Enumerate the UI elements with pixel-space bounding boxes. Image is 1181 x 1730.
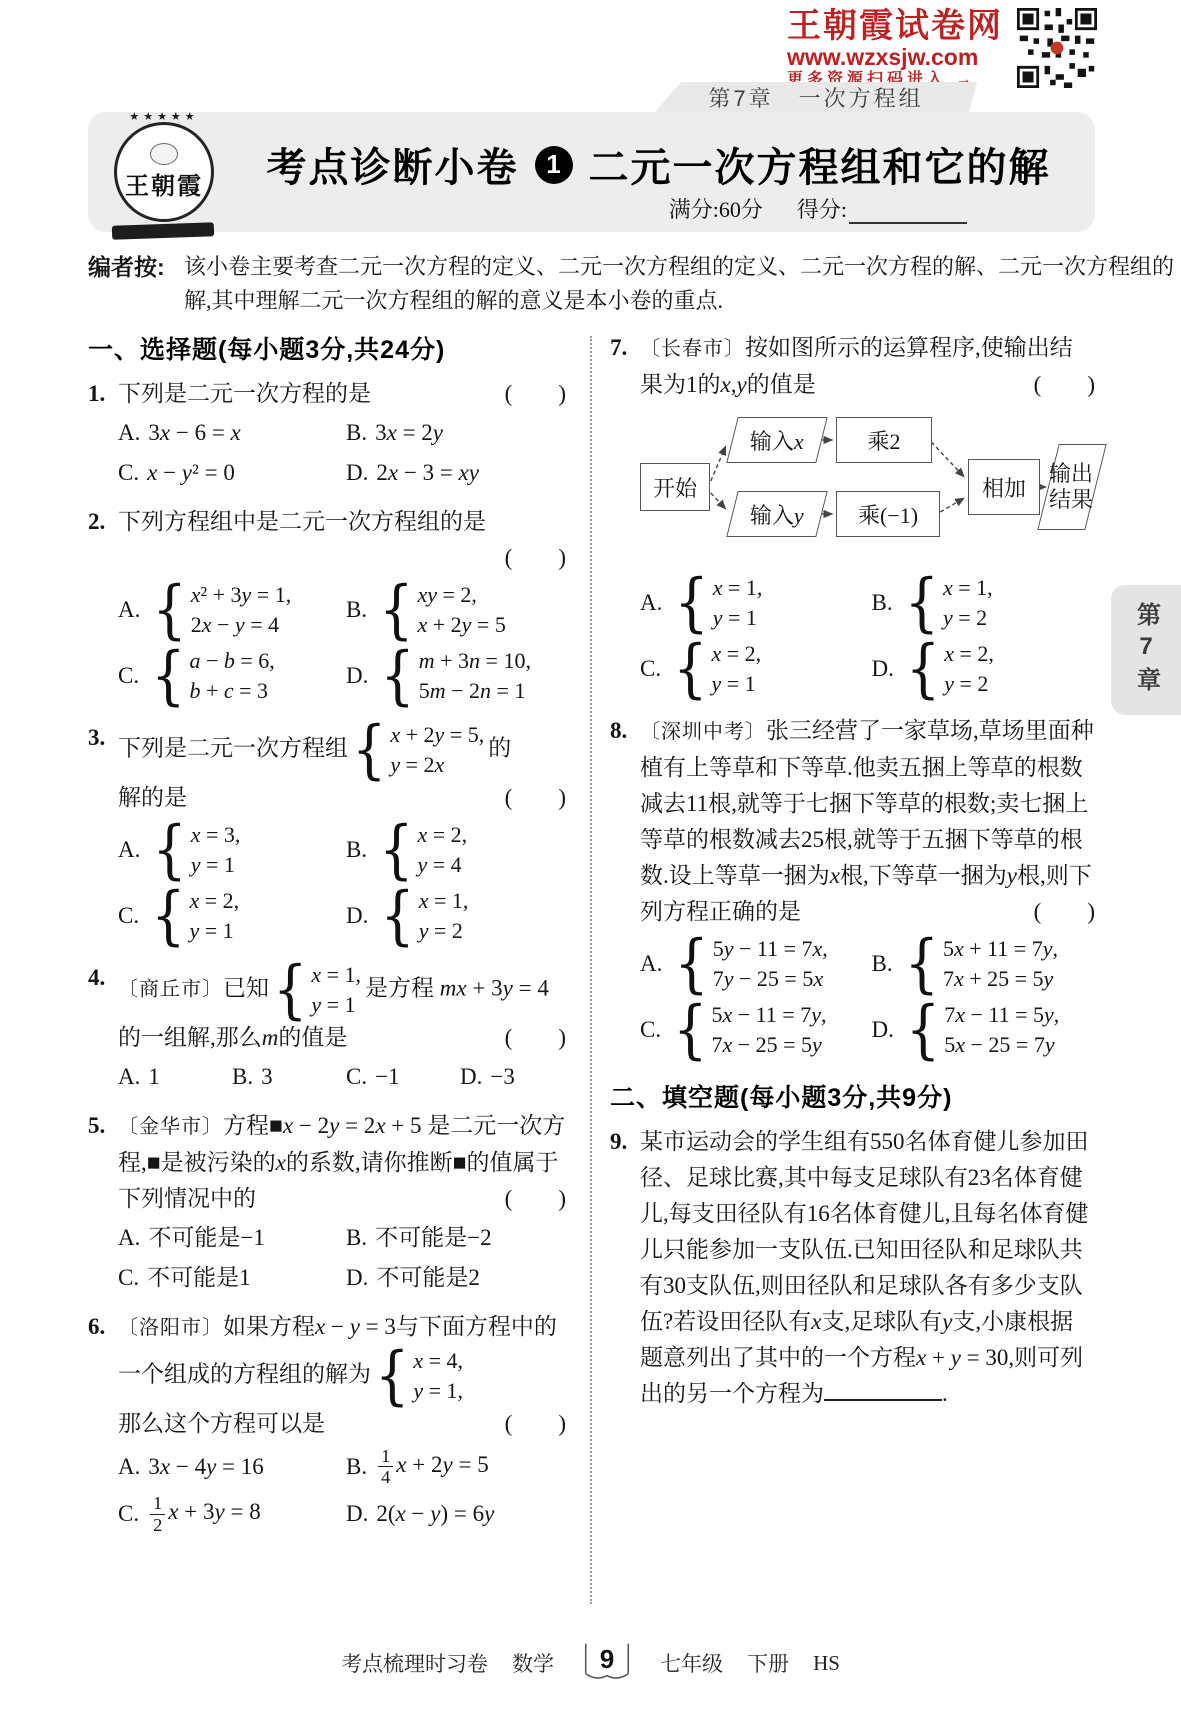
q5-option-a: A.不可能是−1 <box>118 1221 338 1255</box>
q7-option-a: A.{x = 1,y = 1 <box>640 573 864 633</box>
q8-number: 8. <box>610 713 627 749</box>
flow-input-y-box: 输入y <box>726 491 827 537</box>
qr-code-icon <box>1017 8 1097 88</box>
q3-stem: 3.下列是二元一次方程组{x + 2y = 5,y = 2x的 <box>88 720 566 780</box>
q1-answer-parens: ( ) <box>505 376 566 412</box>
chapter-side-tab-text: 第7章 <box>1129 602 1164 698</box>
q1-option-d: D.2x − 3 = xy <box>346 456 566 490</box>
editor-note-text: 该小卷主要考查二元一次方程的定义、二元一次方程组的定义、二元一次方程的解、二元一… <box>184 254 1174 313</box>
full-score-label: 满分:60分 <box>669 193 763 224</box>
q7-stem: 7.〔长春市〕按如图所示的运算程序,使输出结果为1的x,y的值是( ) <box>610 330 1095 403</box>
score-label: 得分: <box>797 193 847 224</box>
q5-source-tag: 〔金华市〕 <box>118 1116 223 1138</box>
chapter-side-tab: 第7章 <box>1111 585 1181 715</box>
q4-option-d: D.−3 <box>460 1060 566 1094</box>
q5-option-d: D.不可能是2 <box>346 1261 566 1295</box>
editor-note-label: 编者按: <box>88 250 165 284</box>
score-blank-line <box>849 200 967 224</box>
brand-text-block: 王朝霞试卷网 www.wzxsjw.com 更多资源扫码进入 → <box>787 8 1003 90</box>
question-1: 1.下列是二元一次方程的是( ) A.3x − 6 = x B.3x = 2y … <box>88 376 566 490</box>
q4-option-a: A.1 <box>118 1060 224 1094</box>
page-number: 9 <box>600 1644 615 1674</box>
q8-option-c: C.{5x − 11 = 7y,7x − 25 = 5y <box>640 1000 864 1060</box>
footer-grade: 七年级 <box>660 1648 723 1678</box>
column-divider <box>590 336 592 1604</box>
q3-answer-parens: ( ) <box>505 780 566 816</box>
q7-source-tag: 〔长春市〕 <box>640 338 745 360</box>
two-column-body: 一、选择题(每小题3分,共24分) 1.下列是二元一次方程的是( ) A.3x … <box>88 330 1095 1615</box>
q4-source-tag: 〔商丘市〕 <box>118 978 223 1000</box>
chapter-banner: 第7章 一次方程组 <box>655 82 977 112</box>
flow-add-box: 相加 <box>968 459 1040 515</box>
q1-option-c: C.x − y² = 0 <box>118 456 338 490</box>
q2-option-d: D.{m + 3n = 10,5m − 2n = 1 <box>346 646 566 706</box>
q3-option-b: B.{x = 2,y = 4 <box>346 820 566 880</box>
q8-source-tag: 〔深圳中考〕 <box>640 721 766 743</box>
paper-title: 考点诊断小卷 1 二元一次方程组和它的解 <box>238 136 1079 193</box>
flow-multiply-neg1-box: 乘(−1) <box>836 491 940 537</box>
q6-options: A.3x − 4y = 16 B.14x + 2y = 5 C.12x + 3y… <box>88 1446 566 1535</box>
q7-option-d: D.{x = 2,y = 2 <box>872 639 1096 699</box>
footer-subject: 数学 <box>512 1648 554 1678</box>
brand-url: www.wzxsjw.com <box>787 44 1003 70</box>
q6-option-a: A.3x − 4y = 16 <box>118 1446 338 1487</box>
section-one-title: 一、选择题(每小题3分,共24分) <box>88 330 566 366</box>
q6-option-b: B.14x + 2y = 5 <box>346 1446 566 1487</box>
q7-options: A.{x = 1,y = 1 B.{x = 1,y = 2 C.{x = 2,y… <box>610 573 1095 699</box>
q1-stem: 1.下列是二元一次方程的是( ) <box>88 376 566 412</box>
q9-answer-blank <box>824 1379 942 1401</box>
logo-ribbon <box>112 222 214 240</box>
logo-stars-icon: ★★★★★ <box>102 110 226 123</box>
q8-options: A.{5y − 11 = 7x,7y − 25 = 5x B.{5x + 11 … <box>610 934 1095 1060</box>
q5-number: 5. <box>88 1108 105 1144</box>
q5-stem: 5.〔金华市〕方程■x − 2y = 2x + 5 是二元一次方程,■是被污染的… <box>88 1108 566 1217</box>
q4-option-b: B.3 <box>232 1060 338 1094</box>
q1-option-a: A.3x − 6 = x <box>118 416 338 450</box>
q1-number: 1. <box>88 376 105 412</box>
q4-option-c: C.−1 <box>346 1060 452 1094</box>
q4-number: 4. <box>88 960 105 996</box>
exam-page: 王朝霞试卷网 www.wzxsjw.com 更多资源扫码进入 → 第7章 一次方… <box>0 0 1181 1730</box>
brand-name: 王朝霞试卷网 <box>787 8 1003 44</box>
q8-option-a: A.{5y − 11 = 7x,7y − 25 = 5x <box>640 934 864 994</box>
q3-options: A.{x = 3,y = 1 B.{x = 2,y = 4 C.{x = 2,y… <box>88 820 566 946</box>
q3-number: 3. <box>88 720 105 756</box>
q6-number: 6. <box>88 1309 105 1345</box>
question-9: 9.某市运动会的学生组有550名体育健儿参加田径、足球比赛,其中每支足球队有23… <box>610 1124 1095 1412</box>
title-main: 二元一次方程组和它的解 <box>589 136 1051 193</box>
q9-stem: 9.某市运动会的学生组有550名体育健儿参加田径、足球比赛,其中每支足球队有23… <box>610 1124 1095 1412</box>
question-4: 4.〔商丘市〕已知{x = 1,y = 1是方程 mx + 3y = 4 的一组… <box>88 960 566 1094</box>
q7-answer-parens: ( ) <box>1034 367 1095 403</box>
right-column: 7.〔长春市〕按如图所示的运算程序,使输出结果为1的x,y的值是( ) <box>610 330 1095 1426</box>
q6-answer-parens: ( ) <box>505 1406 566 1442</box>
editor-note: 编者按: 该小卷主要考查二元一次方程的定义、二元一次方程组的定义、二元一次方程的… <box>88 250 1181 318</box>
flow-multiply-2-box: 乘2 <box>836 417 932 463</box>
q3-option-c: C.{x = 2,y = 1 <box>118 886 338 946</box>
chapter-banner-text: 第7章 一次方程组 <box>708 82 923 113</box>
footer-series: 考点梳理时习卷 <box>341 1648 488 1678</box>
q4-stem-line2: 的一组解,那么m的值是( ) <box>88 1020 566 1056</box>
q1-options: A.3x − 6 = x B.3x = 2y C.x − y² = 0 D.2x… <box>88 416 566 490</box>
footer-volume: 下册 <box>747 1648 789 1678</box>
footer-edition: HS <box>813 1651 840 1676</box>
left-column: 一、选择题(每小题3分,共24分) 1.下列是二元一次方程的是( ) A.3x … <box>88 330 566 1549</box>
q2-option-b: B.{xy = 2,x + 2y = 5 <box>346 580 566 640</box>
q6-option-d: D.2(x − y) = 6y <box>346 1493 566 1534</box>
q2-stem: 2.下列方程组中是二元一次方程组的是 <box>88 504 566 540</box>
q6-option-c: C.12x + 3y = 8 <box>118 1493 338 1534</box>
q2-option-c: C.{a − b = 6,b + c = 3 <box>118 646 338 706</box>
q9-number: 9. <box>610 1124 627 1160</box>
q2-answer-parens: ( ) <box>88 540 566 576</box>
q6-stem-line2: 那么这个方程可以是( ) <box>88 1406 566 1442</box>
brand-logo: ★★★★★ 王朝霞 <box>102 110 226 238</box>
q2-option-a: A.{x² + 3y = 1,2x − y = 4 <box>118 580 338 640</box>
q5-options: A.不可能是−1 B.不可能是−2 C.不可能是1 D.不可能是2 <box>88 1221 566 1295</box>
q8-option-d: D.{7x − 11 = 5y,5x − 25 = 7y <box>872 1000 1096 1060</box>
logo-name: 王朝霞 <box>125 166 203 201</box>
question-2: 2.下列方程组中是二元一次方程组的是 ( ) A.{x² + 3y = 1,2x… <box>88 504 566 706</box>
q3-stem-line2: 解的是( ) <box>88 780 566 816</box>
question-5: 5.〔金华市〕方程■x − 2y = 2x + 5 是二元一次方程,■是被污染的… <box>88 1108 566 1295</box>
masthead: ★★★★★ 王朝霞 考点诊断小卷 1 二元一次方程组和它的解 满分:60分 得分… <box>88 112 1095 232</box>
q7-option-c: C.{x = 2,y = 1 <box>640 639 864 699</box>
flow-start-box: 开始 <box>640 463 710 511</box>
q4-answer-parens: ( ) <box>505 1020 566 1056</box>
title-number-badge: 1 <box>535 146 573 184</box>
q8-stem: 8.〔深圳中考〕张三经营了一家草场,草场里面种植有上等草和下等草.他卖五捆上等草… <box>610 713 1095 930</box>
question-8: 8.〔深圳中考〕张三经营了一家草场,草场里面种植有上等草和下等草.他卖五捆上等草… <box>610 713 1095 1060</box>
q5-option-c: C.不可能是1 <box>118 1261 338 1295</box>
flow-input-x-box: 输入x <box>726 417 827 463</box>
score-field: 得分: <box>797 193 967 224</box>
question-6: 6.〔洛阳市〕如果方程x − y = 3与下面方程中的一个组成的方程组的解为{x… <box>88 1309 566 1535</box>
score-line: 满分:60分 得分: <box>669 193 967 224</box>
q6-stem: 6.〔洛阳市〕如果方程x − y = 3与下面方程中的一个组成的方程组的解为{x… <box>88 1309 566 1406</box>
question-7: 7.〔长春市〕按如图所示的运算程序,使输出结果为1的x,y的值是( ) <box>610 330 1095 699</box>
q7-flowchart: 开始 输入x 乘2 输入y 乘(−1) 相加 输出结果 <box>610 411 1095 563</box>
logo-circle: 王朝霞 <box>114 122 214 222</box>
q8-answer-parens: ( ) <box>1034 894 1095 930</box>
q7-option-b: B.{x = 1,y = 2 <box>872 573 1096 633</box>
q4-options: A.1 B.3 C.−1 D.−3 <box>88 1060 566 1094</box>
q5-answer-parens: ( ) <box>505 1181 566 1217</box>
q2-options: A.{x² + 3y = 1,2x − y = 4 B.{xy = 2,x + … <box>88 580 566 706</box>
brand-header: 王朝霞试卷网 www.wzxsjw.com 更多资源扫码进入 → <box>787 8 1097 90</box>
section-two-title: 二、填空题(每小题3分,共9分) <box>610 1078 1095 1114</box>
q4-stem: 4.〔商丘市〕已知{x = 1,y = 1是方程 mx + 3y = 4 <box>88 960 566 1020</box>
page-number-book-icon: 9 <box>578 1640 636 1686</box>
logo-portrait-icon <box>150 143 178 165</box>
q6-source-tag: 〔洛阳市〕 <box>118 1317 223 1339</box>
q3-option-d: D.{x = 1,y = 2 <box>346 886 566 946</box>
q7-number: 7. <box>610 330 627 366</box>
q5-option-b: B.不可能是−2 <box>346 1221 566 1255</box>
page-footer: 考点梳理时习卷 数学 9 七年级 下册 HS <box>0 1640 1181 1686</box>
q3-option-a: A.{x = 3,y = 1 <box>118 820 338 880</box>
q8-option-b: B.{5x + 11 = 7y,7x + 25 = 5y <box>872 934 1096 994</box>
q2-number: 2. <box>88 504 105 540</box>
q1-option-b: B.3x = 2y <box>346 416 566 450</box>
question-3: 3.下列是二元一次方程组{x + 2y = 5,y = 2x的 解的是( ) A… <box>88 720 566 946</box>
title-prefix: 考点诊断小卷 <box>267 136 519 193</box>
